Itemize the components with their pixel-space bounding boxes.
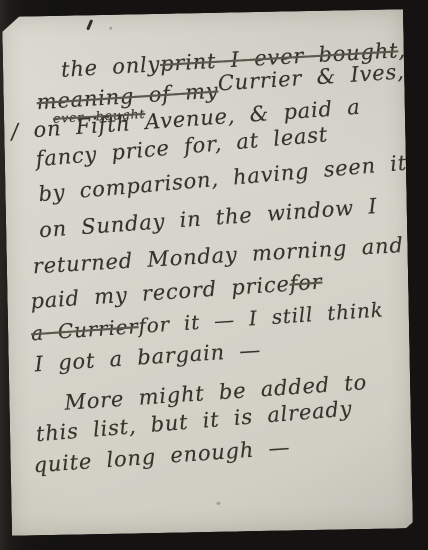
graphite-dot-bottom-mark (216, 502, 220, 505)
handwriting-text: returned Monday morning and (32, 233, 404, 278)
photo-background: the only print I ever bought,meaning of … (0, 0, 428, 550)
struck-text: a Currier (30, 314, 139, 345)
handwriting-text: the only (60, 52, 160, 82)
manuscript-text: the only print I ever bought,meaning of … (2, 9, 403, 17)
paper-marks (2, 9, 403, 17)
manuscript-line: I got a bargain — (34, 338, 262, 377)
edge-nick-bottom-mark (224, 528, 229, 531)
faint-dot-top-mark (109, 27, 112, 30)
manuscript-line: returned Monday morning and (32, 233, 404, 278)
handwriting-text: I got a bargain — (34, 338, 262, 377)
pen-stroke-top-mark (86, 19, 93, 30)
struck-text: for (289, 270, 323, 296)
manuscript-paper: the only print I ever bought,meaning of … (2, 9, 413, 536)
